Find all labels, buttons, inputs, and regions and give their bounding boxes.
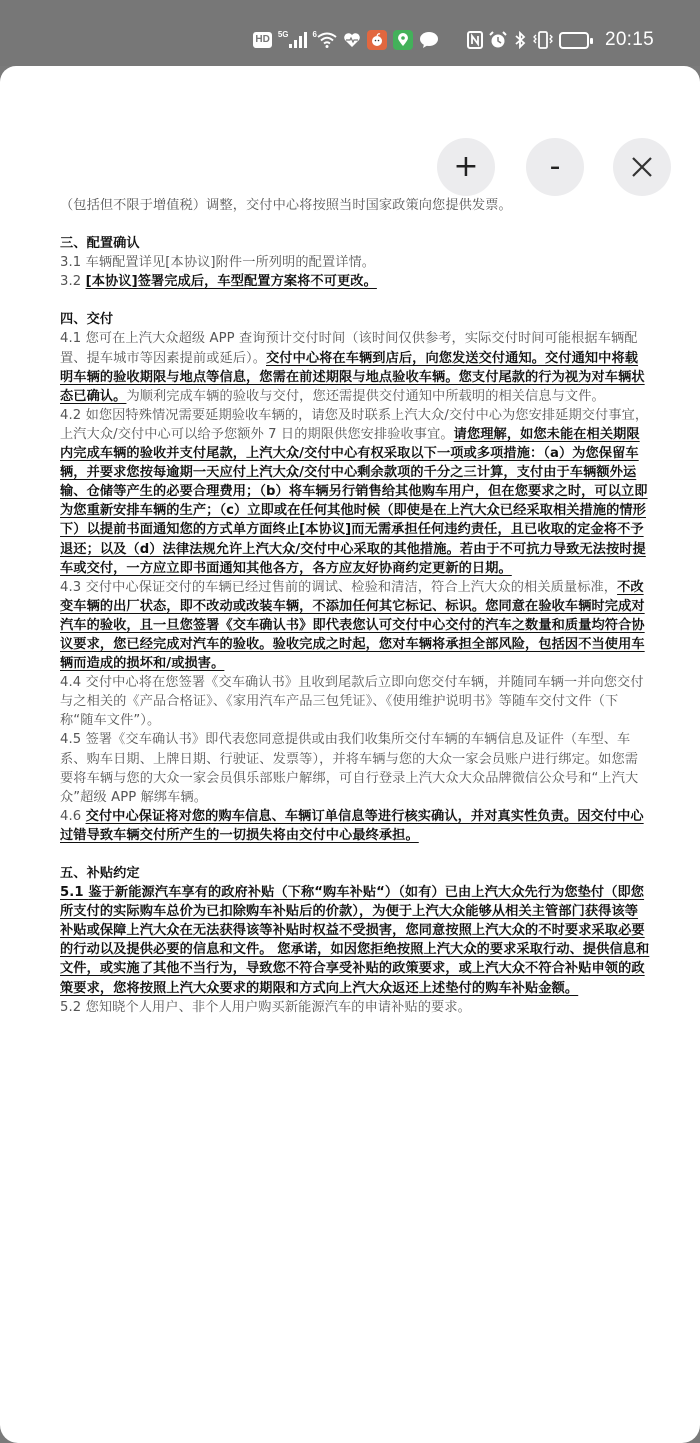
zoom-in-button[interactable]: + [437, 138, 495, 196]
status-bar: HD 5G 6 [0, 0, 700, 66]
clause-3-2-emphasis: [本协议]签署完成后，车型配置方案将不可更改。 [86, 274, 377, 289]
document-sheet[interactable]: （包括但不限于增值税）调整，交付中心将按照当时国家政策向您提供发票。 三、配置确… [0, 66, 700, 1443]
vibrate-icon [533, 29, 553, 51]
wifi-6-icon: 6 [313, 29, 337, 51]
clause-4-2-emphasis: 请您理解，如您未能在相关期限内完成车辆的验收并支付尾款，上汽大众/交付中心有权采… [60, 427, 648, 576]
agreement-document: （包括但不限于增值税）调整，交付中心将按照当时国家政策向您提供发票。 三、配置确… [60, 196, 650, 1017]
clause-3-1: 3.1 车辆配置详见[本协议]附件一所列明的配置详情。 [60, 253, 650, 272]
intro-tail-text: （包括但不限于增值税）调整，交付中心将按照当时国家政策向您提供发票。 [60, 196, 650, 215]
clause-4-1: 4.1 您可在上汽大众超级 APP 查询预计交付时间（该时间仅供参考，实际交付时… [60, 329, 650, 405]
hd-icon: HD [253, 32, 271, 48]
clause-4-5: 4.5 签署《交车确认书》即代表您同意提供或由我们收集所交付车辆的车辆信息及证件… [60, 730, 650, 806]
clause-3-2: 3.2 [本协议]签署完成后，车型配置方案将不可更改。 [60, 272, 650, 291]
alarm-icon [489, 29, 507, 51]
clause-4-6: 4.6 交付中心保证将对您的购车信息、车辆订单信息等进行核实确认，并对真实性负责… [60, 807, 650, 845]
clause-5-2: 5.2 您知晓个人用户、非个人用户购买新能源汽车的申请补贴的要求。 [60, 998, 650, 1017]
message-bubble-icon [419, 29, 439, 51]
bluetooth-icon [513, 29, 527, 51]
close-button[interactable] [613, 138, 671, 196]
clause-4-2: 4.2 如您因特殊情况需要延期验收车辆的，请您及时联系上汽大众/交付中心为您安排… [60, 406, 650, 578]
nfc-icon [467, 29, 483, 51]
section-5-title: 五、补贴约定 [60, 864, 650, 883]
minus-icon: - [550, 152, 561, 182]
plus-icon: + [453, 152, 478, 182]
status-icons: HD 5G 6 [253, 27, 654, 53]
battery-icon [559, 29, 589, 51]
signal-5g-icon: 5G [278, 29, 307, 51]
section-4-title: 四、交付 [60, 310, 650, 329]
app-green-location-icon [393, 30, 413, 50]
section-3-title: 三、配置确认 [60, 234, 650, 253]
app-orange-bird-icon [367, 30, 387, 50]
clause-4-6-emphasis: 交付中心保证将对您的购车信息、车辆订单信息等进行核实确认，并对真实性负责。因交付… [60, 809, 644, 843]
clock-time: 20:15 [605, 29, 654, 51]
zoom-out-button[interactable]: - [526, 138, 584, 196]
clause-5-1: 5.1 鉴于新能源汽车享有的政府补贴（下称“购车补贴“）（如有）已由上汽大众先行… [60, 883, 650, 998]
clause-4-3: 4.3 交付中心保证交付的车辆已经过售前的调试、检验和清洁，符合上汽大众的相关质… [60, 578, 650, 673]
health-heart-icon [343, 29, 361, 51]
close-icon [631, 156, 653, 178]
clause-4-4: 4.4 交付中心将在您签署《交车确认书》且收到尾款后立即向您交付车辆，并随同车辆… [60, 673, 650, 730]
clause-5-1-emphasis: 鉴于新能源汽车享有的政府补贴（下称“购车补贴“）（如有）已由上汽大众先行为您垫付… [60, 885, 649, 995]
